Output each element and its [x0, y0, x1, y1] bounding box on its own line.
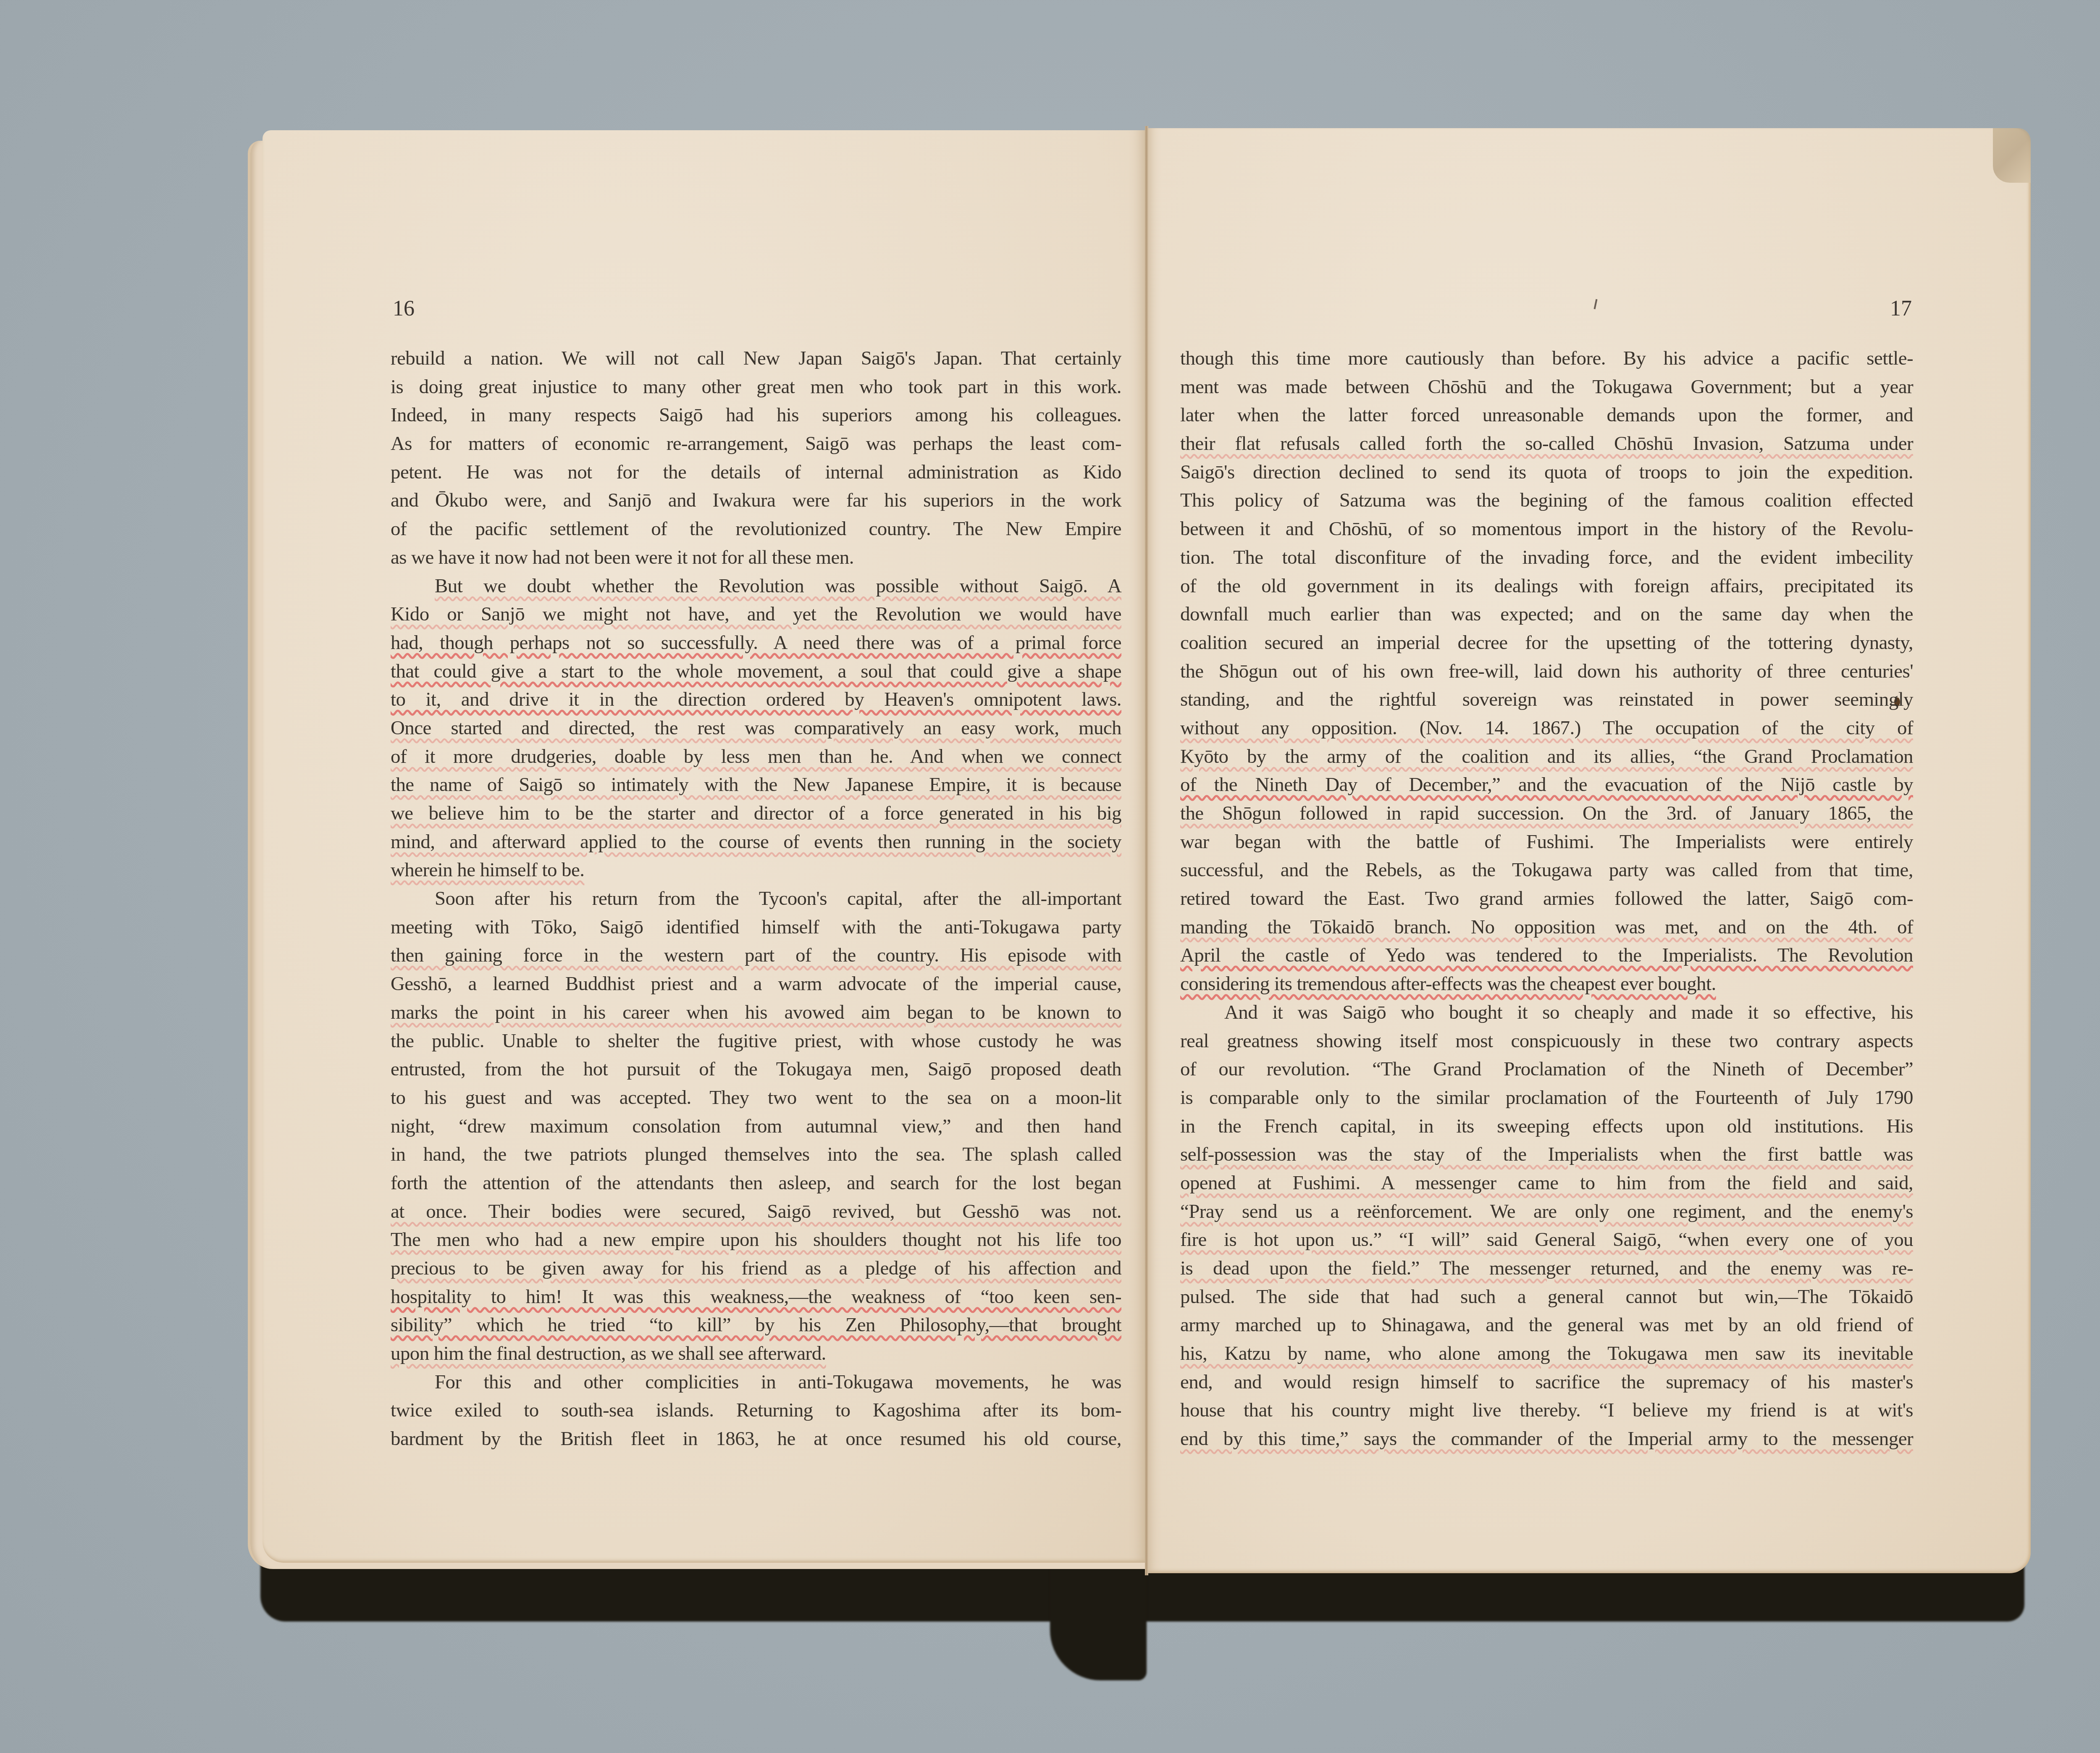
text-line: As for matters of economic re-arrangemen… — [391, 430, 1121, 458]
text-line: their flat refusals called forth the so-… — [1180, 430, 1913, 458]
text-line: upon him the final destruction, as we sh… — [391, 1340, 1121, 1368]
text-line: entrusted, from the hot pursuit of the T… — [391, 1055, 1121, 1084]
text-line: to his guest and was accepted. They two … — [391, 1084, 1121, 1112]
left-page-text: rebuild a nation. We will not call New J… — [391, 344, 1121, 1453]
text-line: is doing great injustice to many other g… — [391, 373, 1121, 402]
text-line: Kido or Sanjō we might not have, and yet… — [391, 600, 1121, 629]
text-line: rebuild a nation. We will not call New J… — [391, 344, 1121, 373]
text-line: of the pacific settlement of the revolut… — [391, 515, 1121, 544]
text-line: without any opposition. (Nov. 14. 1867.)… — [1180, 714, 1913, 743]
text-line: downfall much earlier than was expected;… — [1180, 600, 1913, 629]
text-line: forth the attention of the attendants th… — [391, 1169, 1121, 1198]
text-line: For this and other complicities in anti-… — [391, 1368, 1121, 1397]
text-line: in the French capital, in its sweeping e… — [1180, 1112, 1913, 1141]
text-line: between it and Chōshū, of so momentous i… — [1180, 515, 1913, 544]
text-line-highlighted: of the Nineth Day of December,” and the … — [1180, 771, 1913, 799]
text-line: standing, and the rightful sovereign was… — [1180, 686, 1913, 714]
text-line: his, Katzu by name, who alone among the … — [1180, 1340, 1913, 1368]
text-line-highlighted: that could give a start to the whole mov… — [391, 657, 1121, 686]
text-line: meeting with Tōko, Saigō identified hims… — [391, 913, 1121, 942]
text-line: in hand, the twe patriots plunged themse… — [391, 1141, 1121, 1169]
text-line: we believe him to be the starter and dir… — [391, 799, 1121, 828]
text-line: Saigō's direction declined to send its q… — [1180, 458, 1913, 487]
text-line: though this time more cautiously than be… — [1180, 344, 1913, 373]
text-line: Kyōto by the army of the coalition and i… — [1180, 743, 1913, 771]
text-line: Soon after his return from the Tycoon's … — [391, 885, 1121, 913]
text-line: petent. He was not for the details of in… — [391, 458, 1121, 487]
text-line: successful, and the Rebels, as the Tokug… — [1180, 856, 1913, 885]
text-line: twice exiled to south-sea islands. Retur… — [391, 1396, 1121, 1425]
text-line: But we doubt whether the Revolution was … — [391, 572, 1121, 601]
text-line: marks the point in his career when his a… — [391, 999, 1121, 1027]
text-line: “Pray send us a reënforcement. We are on… — [1180, 1198, 1913, 1226]
text-line: of our revolution. “The Grand Proclamati… — [1180, 1055, 1913, 1084]
text-line: later when the latter forced unreasonabl… — [1180, 401, 1913, 430]
text-line-highlighted: April the castle of Yedo was tendered to… — [1180, 941, 1913, 970]
text-line: the public. Unable to shelter the fugiti… — [391, 1027, 1121, 1056]
text-line: the name of Saigō so intimately with the… — [391, 771, 1121, 799]
text-line-highlighted: to it, and drive it in the direction ord… — [391, 686, 1121, 714]
text-line: house that his country might live thereb… — [1180, 1396, 1913, 1425]
text-line: is comparable only to the similar procla… — [1180, 1084, 1913, 1112]
book-spine-gutter — [1145, 126, 1148, 1575]
text-line: This policy of Satzuma was the begining … — [1180, 486, 1913, 515]
text-line: ment was made between Chōshū and the Tok… — [1180, 373, 1913, 402]
page-number-right: 17 — [1890, 296, 1912, 321]
dog-eared-corner — [1993, 128, 2031, 183]
text-line: precious to be given away for his friend… — [391, 1254, 1121, 1283]
text-line: then gaining force in the western part o… — [391, 941, 1121, 970]
text-line: Gesshō, a learned Buddhist priest and a … — [391, 970, 1121, 999]
text-line: Indeed, in many respects Saigō had his s… — [391, 401, 1121, 430]
text-line-highlighted: had, though perhaps not so successfully.… — [391, 629, 1121, 657]
text-line: at once. Their bodies were secured, Saig… — [391, 1198, 1121, 1226]
text-line: And it was Saigō who bought it so cheapl… — [1180, 999, 1913, 1027]
text-line: fire is hot upon us.” “I will” said Gene… — [1180, 1226, 1913, 1254]
text-line: of the old government in its dealings wi… — [1180, 572, 1913, 601]
text-line: bardment by the British fleet in 1863, h… — [391, 1425, 1121, 1453]
text-line: opened at Fushimi. A messenger came to h… — [1180, 1169, 1913, 1198]
text-line: war began with the battle of Fushimi. Th… — [1180, 828, 1913, 857]
text-line: manding the Tōkaidō branch. No oppositio… — [1180, 913, 1913, 942]
text-line-highlighted: considering its tremendous after-effects… — [1180, 970, 1913, 999]
book-shadow-tail — [1050, 1554, 1147, 1680]
text-line: mind, and afterward applied to the cours… — [391, 828, 1121, 857]
text-line: army marched up to Shinagawa, and the ge… — [1180, 1311, 1913, 1340]
right-page-text: though this time more cautiously than be… — [1180, 344, 1913, 1453]
text-line: retired toward the East. Two grand armie… — [1180, 885, 1913, 913]
text-line: tion. The total disconfiture of the inva… — [1180, 544, 1913, 572]
text-line: pulsed. The side that had such a general… — [1180, 1283, 1913, 1311]
text-line: wherein he himself to be. — [391, 856, 1121, 885]
text-line: of it more drudgeries, doable by less me… — [391, 743, 1121, 771]
text-line: is dead upon the field.” The messenger r… — [1180, 1254, 1913, 1283]
text-line: night, “drew maximum consolation from au… — [391, 1112, 1121, 1141]
text-line: The men who had a new empire upon his sh… — [391, 1226, 1121, 1254]
text-line: as we have it now had not been were it n… — [391, 544, 1121, 572]
text-line: and Ōkubo were, and Sanjō and Iwakura we… — [391, 486, 1121, 515]
text-line: self-possession was the stay of the Impe… — [1180, 1141, 1913, 1169]
text-line-highlighted: sibility” which he tried “to kill” by hi… — [391, 1311, 1121, 1340]
text-line: Once started and directed, the rest was … — [391, 714, 1121, 743]
text-line: end, and would resign himself to sacrifi… — [1180, 1368, 1913, 1397]
text-line: the Shōgun followed in rapid succession.… — [1180, 799, 1913, 828]
text-line: the Shōgun out of his own free-will, lai… — [1180, 657, 1913, 686]
text-line: coalition secured an imperial decree for… — [1180, 629, 1913, 657]
text-line-highlighted: hospitality to him! It was this weakness… — [391, 1283, 1121, 1311]
text-line: real greatness showing itself most consp… — [1180, 1027, 1913, 1056]
text-line: end by this time,” says the commander of… — [1180, 1425, 1913, 1453]
page-number-left: 16 — [393, 296, 415, 321]
